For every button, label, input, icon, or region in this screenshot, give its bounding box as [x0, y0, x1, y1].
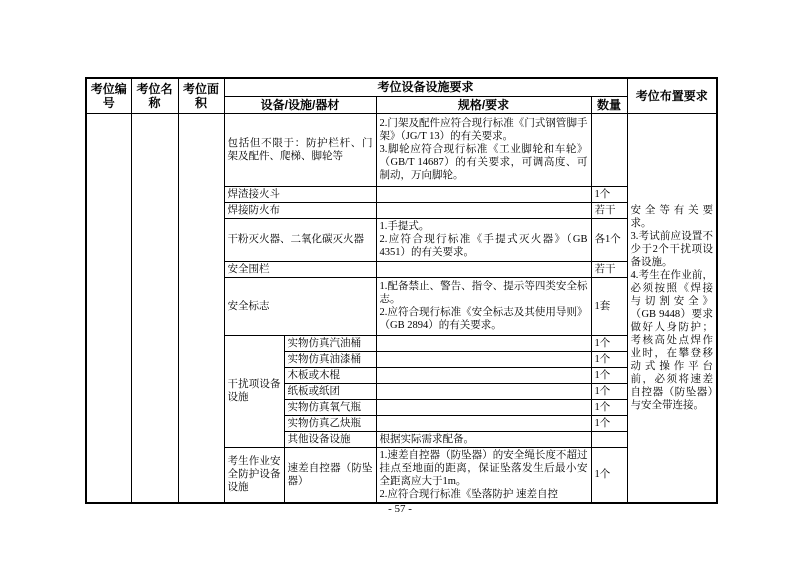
device-cell: 干粉灭火器、二氧化碳灭火器 [224, 218, 376, 261]
spec-cell [376, 399, 591, 415]
empty-cell-position-area [178, 113, 224, 503]
empty-cell-position-name [131, 113, 178, 503]
spec-cell [376, 202, 591, 218]
spec-cell [376, 186, 591, 202]
header-qty: 数量 [591, 96, 627, 113]
device-cell: 焊渣接火斗 [224, 186, 376, 202]
qty-cell: 1个 [591, 415, 627, 431]
spec-cell [376, 415, 591, 431]
qty-cell: 1套 [591, 277, 627, 335]
qty-cell: 1个 [591, 335, 627, 351]
header-device: 设备/设施/器材 [224, 96, 376, 113]
spec-cell [376, 383, 591, 399]
group-cell-protection: 考生作业安全防护设备设施 [224, 447, 284, 503]
header-layout-requirements: 考位布置要求 [627, 78, 717, 113]
group-cell-interference: 干扰项设备设施 [224, 335, 284, 447]
qty-cell: 1个 [591, 447, 627, 503]
spec-cell [376, 367, 591, 383]
header-spec: 规格/要求 [376, 96, 591, 113]
device-cell: 木板或木棍 [284, 367, 376, 383]
device-cell: 实物仿真油漆桶 [284, 351, 376, 367]
page-number: - 57 - [0, 503, 800, 515]
spec-cell [376, 261, 591, 277]
qty-cell: 若干 [591, 261, 627, 277]
table-row: 包括但不限于：防护栏杆、门架及配件、爬梯、脚轮等 2.门架及配件应符合现行标准《… [86, 113, 717, 186]
device-cell: 其他设备设施 [284, 431, 376, 447]
header-position-name: 考位名称 [131, 78, 178, 113]
device-cell: 纸板或纸团 [284, 383, 376, 399]
device-cell: 实物仿真氧气瓶 [284, 399, 376, 415]
qty-cell: 若干 [591, 202, 627, 218]
qty-cell: 1个 [591, 186, 627, 202]
device-cell: 实物仿真汽油桶 [284, 335, 376, 351]
header-position-area: 考位面积 [178, 78, 224, 113]
spec-cell: 2.门架及配件应符合现行标准《门式钢管脚手架》（JG/T 13）的有关要求。 3… [376, 113, 591, 186]
spec-cell: 1.配备禁止、警告、指令、提示等四类安全标志。 2.应符合现行标准《安全标志及其… [376, 277, 591, 335]
device-cell: 焊接防火布 [224, 202, 376, 218]
spec-cell: 1.手提式。 2.应符合现行标准《手提式灭火器》（GB 4351）的有关要求。 [376, 218, 591, 261]
spec-cell: 根据实际需求配备。 [376, 431, 591, 447]
header-row-1: 考位编号 考位名称 考位面积 考位设备设施要求 考位布置要求 [86, 78, 717, 96]
device-cell: 包括但不限于：防护栏杆、门架及配件、爬梯、脚轮等 [224, 113, 376, 186]
empty-cell-position-no [86, 113, 131, 503]
layout-requirements-cell: 安全等有关要求。 3.考试前应设置不少于2个干扰项设备设施。 4.考生在作业前，… [627, 113, 717, 503]
spec-cell [376, 351, 591, 367]
device-cell: 实物仿真乙炔瓶 [284, 415, 376, 431]
device-cell: 安全标志 [224, 277, 376, 335]
spec-cell [376, 335, 591, 351]
qty-cell: 1个 [591, 399, 627, 415]
qty-cell [591, 431, 627, 447]
qty-cell: 1个 [591, 367, 627, 383]
document-page: 考位编号 考位名称 考位面积 考位设备设施要求 考位布置要求 设备/设施/器材 … [0, 0, 800, 566]
header-position-no: 考位编号 [86, 78, 131, 113]
device-cell: 安全围栏 [224, 261, 376, 277]
header-equipment-requirements: 考位设备设施要求 [224, 78, 627, 96]
spec-cell: 1.速差自控器（防坠器）的安全绳长度不超过挂点至地面的距离，保证坠落发生后最小安… [376, 447, 591, 503]
device-cell: 速差自控器（防坠器） [284, 447, 376, 503]
qty-cell [591, 113, 627, 186]
qty-cell: 各1个 [591, 218, 627, 261]
qty-cell: 1个 [591, 383, 627, 399]
qty-cell: 1个 [591, 351, 627, 367]
exam-station-requirements-table: 考位编号 考位名称 考位面积 考位设备设施要求 考位布置要求 设备/设施/器材 … [85, 77, 718, 504]
